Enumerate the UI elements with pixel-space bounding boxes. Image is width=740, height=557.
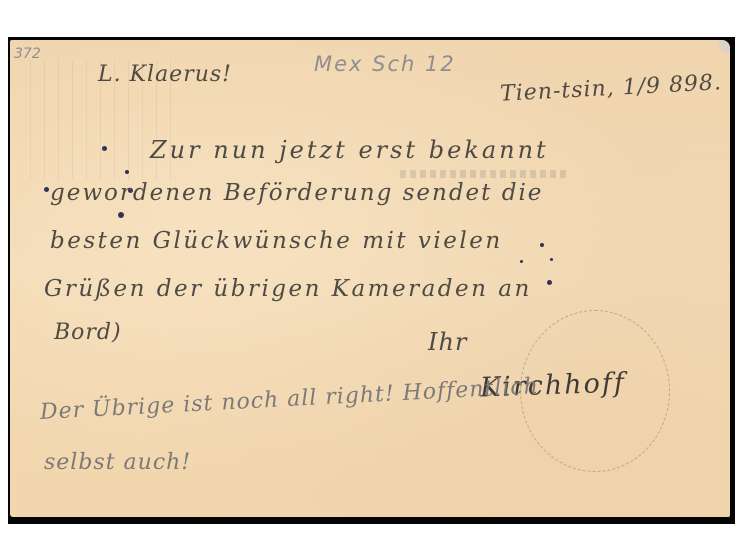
pencil-note: Mex Sch 12: [314, 52, 456, 76]
postscript-line-1: Der Übrige ist noch all right! Hoffentli…: [39, 374, 539, 425]
postcard: 372 Mex Sch 12 L. Klaerus! Tien-tsin, 1/…: [10, 40, 730, 517]
body-line-3: besten Glückwünsche mit vielen: [50, 228, 503, 254]
ink-spot: [125, 170, 129, 174]
worn-corner: [718, 40, 730, 52]
ink-spot: [520, 260, 523, 263]
body-line-2: gewordenen Beförderung sendet die: [50, 180, 543, 206]
ink-spot: [550, 258, 553, 261]
ink-spot: [44, 187, 49, 192]
faded-print-strip: [400, 170, 570, 178]
greeting: L. Klaerus!: [98, 62, 232, 87]
closing: Ihr: [428, 328, 467, 356]
ink-spot: [540, 243, 544, 247]
body-line-4: Grüßen der übrigen Kameraden an: [44, 276, 532, 302]
ink-spot: [118, 212, 124, 218]
pencil-catalog-number: 372: [14, 46, 41, 62]
postscript-line-2: selbst auch!: [44, 450, 191, 475]
ink-spot: [547, 280, 552, 285]
place-date: Tien-tsin, 1/9 898.: [499, 70, 722, 107]
body-line-5: Bord): [54, 320, 122, 345]
ink-spot: [102, 146, 107, 151]
body-line-1: Zur nun jetzt erst bekannt: [150, 136, 549, 164]
